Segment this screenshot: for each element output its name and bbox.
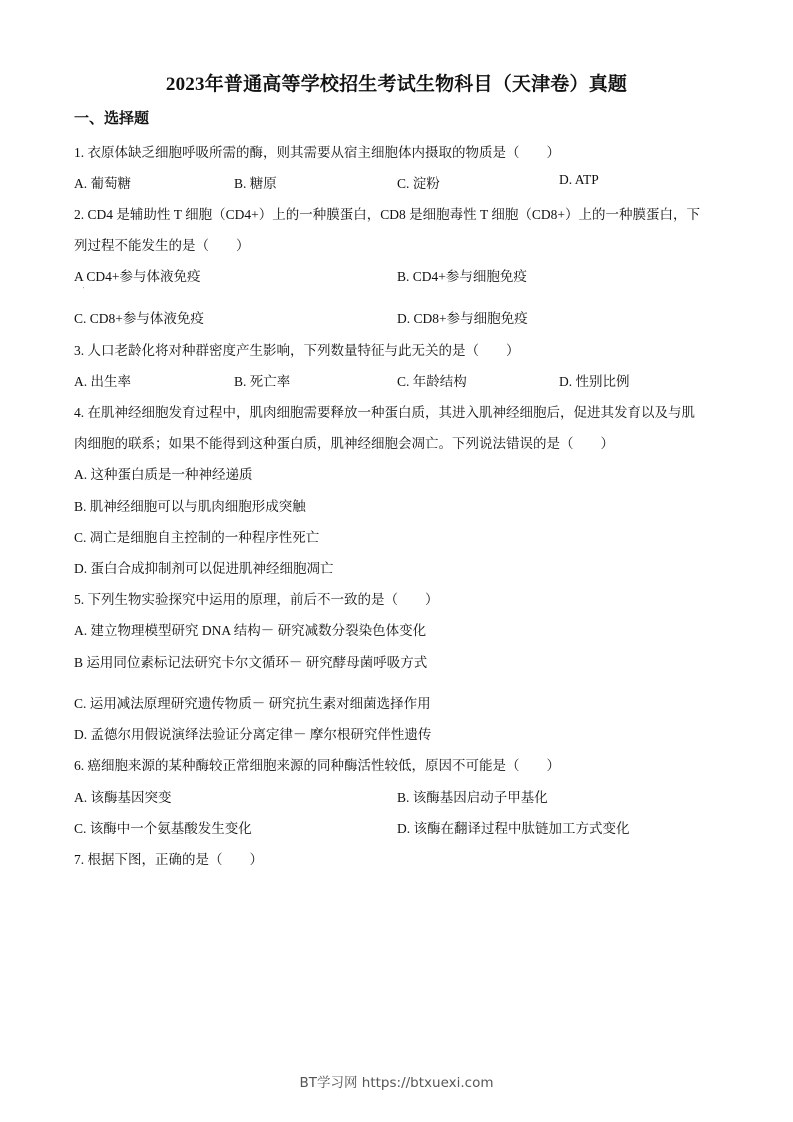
question-3-option-b: B. 死亡率: [234, 370, 290, 390]
question-4-stem-line-1: 4. 在肌神经细胞发育过程中，肌肉细胞需要释放一种蛋白质，其进入肌神经细胞后，促…: [74, 401, 695, 421]
question-5-stem: 5. 下列生物实验探究中运用的原理，前后不一致的是（ ）: [74, 588, 439, 608]
question-6-option-c: C. 该酶中一个氨基酸发生变化: [74, 817, 252, 837]
question-1-option-d: D. ATP: [559, 172, 599, 188]
question-4-stem-line-2: 肉细胞的联系；如果不能得到这种蛋白质，肌神经细胞会凋亡。下列说法错误的是（ ）: [74, 432, 614, 452]
footer-watermark: BT学习网 https://btxuexi.com: [0, 1071, 793, 1091]
question-5-option-a: A. 建立物理模型研究 DNA 结构－ 研究减数分裂染色体变化: [74, 619, 426, 639]
section-heading: 一、选择题: [74, 107, 149, 128]
question-6-stem: 6. 癌细胞来源的某种酶较正常细胞来源的同种酶活性较低，原因不可能是（ ）: [74, 754, 560, 774]
question-2-stem-line-2: 列过程不能发生的是（ ）: [74, 234, 250, 254]
question-4-option-a: A. 这种蛋白质是一种神经递质: [74, 463, 253, 483]
question-6-option-b: B. 该酶基因启动子甲基化: [397, 786, 548, 806]
question-2-stem-line-1: 2. CD4 是辅助性 T 细胞（CD4+）上的一种膜蛋白，CD8 是细胞毒性 …: [74, 203, 700, 223]
question-6-option-a: A. 该酶基因突变: [74, 786, 172, 806]
stray-mark: ': [83, 287, 84, 293]
question-2-option-d: D. CD8+参与细胞免疫: [397, 307, 528, 327]
question-3-option-d: D. 性别比例: [559, 370, 630, 390]
question-3-option-c: C. 年龄结构: [397, 370, 467, 390]
question-1-option-a: A. 葡萄糖: [74, 172, 131, 192]
question-5-option-d: D. 孟德尔用假说演绎法验证分离定律－ 摩尔根研究伴性遗传: [74, 723, 431, 743]
question-5-option-b: B 运用同位素标记法研究卡尔文循环－ 研究酵母菌呼吸方式: [74, 651, 427, 671]
question-7-stem: 7. 根据下图，正确的是（ ）: [74, 848, 263, 868]
document-title: 2023年普通高等学校招生考试生物科目（天津卷）真题: [0, 69, 793, 96]
question-1-option-c: C. 淀粉: [397, 172, 440, 192]
question-4-option-d: D. 蛋白合成抑制剂可以促进肌神经细胞凋亡: [74, 557, 334, 577]
question-3-stem: 3. 人口老龄化将对种群密度产生影响，下列数量特征与此无关的是（ ）: [74, 339, 520, 359]
question-2-option-c: C. CD8+参与体液免疫: [74, 307, 204, 327]
question-3-option-a: A. 出生率: [74, 370, 131, 390]
question-1-option-b: B. 糖原: [234, 172, 277, 192]
question-4-option-b: B. 肌神经细胞可以与肌肉细胞形成突触: [74, 495, 306, 515]
question-2-option-b: B. CD4+参与细胞免疫: [397, 265, 527, 285]
question-6-option-d: D. 该酶在翻译过程中肽链加工方式变化: [397, 817, 630, 837]
question-4-option-c: C. 凋亡是细胞自主控制的一种程序性死亡: [74, 526, 319, 546]
question-2-option-a: A CD4+参与体液免疫: [74, 265, 201, 285]
question-1-stem: 1. 衣原体缺乏细胞呼吸所需的酶，则其需要从宿主细胞体内摄取的物质是（ ）: [74, 141, 560, 161]
question-5-option-c: C. 运用减法原理研究遗传物质－ 研究抗生素对细菌选择作用: [74, 692, 431, 712]
